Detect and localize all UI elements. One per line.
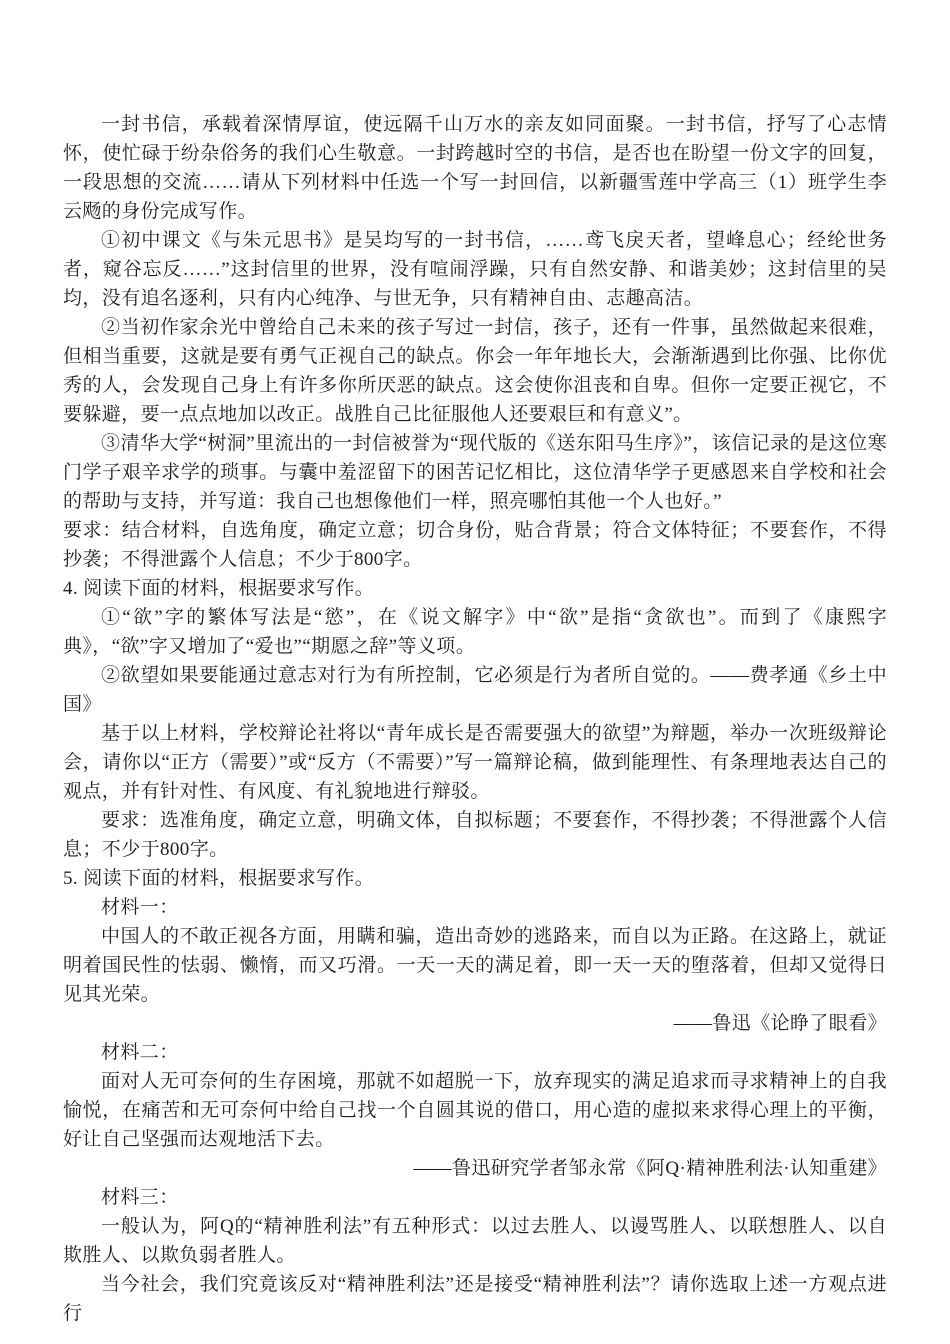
paragraph: ——鲁迅研究学者邹永常《阿Q·精神胜利法·认知重建》 xyxy=(63,1154,887,1183)
paragraph: ①初中课文《与朱元思书》是吴均写的一封书信，……鸢飞戾天者，望峰息心；经纶世务者… xyxy=(63,226,887,313)
document-page: 一封书信，承载着深情厚谊，使远隔千山万水的亲友如同面聚。一封书信，抒写了心志情怀… xyxy=(0,0,950,1344)
paragraph: 一般认为，阿Q的“精神胜利法”有五种形式：以过去胜人、以谩骂胜人、以联想胜人、以… xyxy=(63,1212,887,1270)
paragraph: 中国人的不敢正视各方面，用瞒和骗，造出奇妙的逃路来，而自以为正路。在这路上，就证… xyxy=(63,922,887,1009)
paragraph: 一封书信，承载着深情厚谊，使远隔千山万水的亲友如同面聚。一封书信，抒写了心志情怀… xyxy=(63,110,887,226)
paragraph: ——鲁迅《论睁了眼看》 xyxy=(63,1009,887,1038)
paragraph: 要求：选准角度，确定立意，明确文体，自拟标题；不要套作，不得抄袭；不得泄露个人信… xyxy=(63,806,887,864)
paragraph: 5. 阅读下面的材料，根据要求写作。 xyxy=(63,864,887,893)
document-content: 一封书信，承载着深情厚谊，使远隔千山万水的亲友如同面聚。一封书信，抒写了心志情怀… xyxy=(63,110,887,1328)
paragraph: 材料三： xyxy=(63,1183,887,1212)
paragraph: ②当初作家余光中曾给自己未来的孩子写过一封信，孩子，还有一件事，虽然做起来很难，… xyxy=(63,313,887,429)
paragraph: 4. 阅读下面的材料，根据要求写作。 xyxy=(63,574,887,603)
paragraph: 材料二： xyxy=(63,1038,887,1067)
paragraph: ③清华大学“树洞”里流出的一封信被誉为“现代版的《送东阳马生序》”，该信记录的是… xyxy=(63,429,887,516)
paragraph: ②欲望如果要能通过意志对行为有所控制，它必须是行为者所自觉的。——费孝通《乡土中… xyxy=(63,661,887,719)
paragraph: 基于以上材料，学校辩论社将以“青年成长是否需要强大的欲望”为辩题，举办一次班级辩… xyxy=(63,719,887,806)
paragraph: ①“欲”字的繁体写法是“慾”，在《说文解字》中“欲”是指“贪欲也”。而到了《康熙… xyxy=(63,603,887,661)
paragraph: 要求：结合材料，自选角度，确定立意；切合身份，贴合背景；符合文体特征；不要套作，… xyxy=(63,516,887,574)
paragraph: 面对人无可奈何的生存困境，那就不如超脱一下，放弃现实的满足追求而寻求精神上的自我… xyxy=(63,1067,887,1154)
paragraph: 材料一： xyxy=(63,893,887,922)
paragraph: 当今社会，我们究竟该反对“精神胜利法”还是接受“精神胜利法”？请你选取上述一方观… xyxy=(63,1270,887,1328)
